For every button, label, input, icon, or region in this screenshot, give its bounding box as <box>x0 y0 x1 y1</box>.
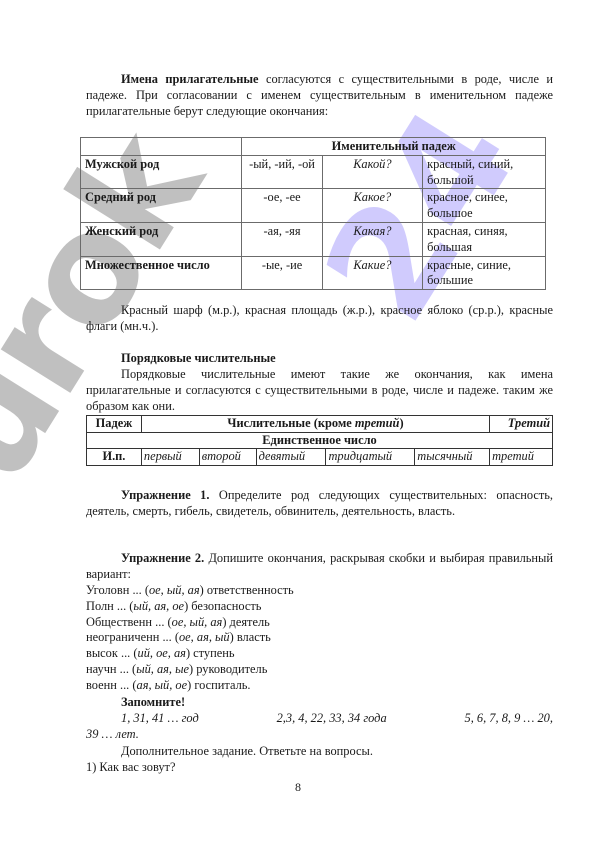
exercise-item: военн ... (ая, ый, ое) госпиталь. <box>86 678 553 694</box>
exercise-1-label: Упражнение 1. <box>121 488 209 502</box>
question-cell: Какая? <box>322 222 423 256</box>
item-noun: ) власть <box>230 630 271 644</box>
examples-cell: красные, синие, большие <box>423 256 546 290</box>
col-case-header: Падеж <box>87 416 142 433</box>
table-row: Средний род -ое, -ее Какое? красное, син… <box>81 189 546 223</box>
numeral-cell: первый <box>141 449 199 466</box>
subheader-singular: Единственное число <box>87 432 553 449</box>
item-stem: военн ... ( <box>86 678 137 692</box>
gender-cell: Средний род <box>81 189 242 223</box>
question-1: 1) Как вас зовут? <box>86 760 553 776</box>
ordinals-heading: Порядковые числительные <box>86 351 553 367</box>
item-noun: ) деятель <box>222 615 269 629</box>
col-main-header: Числительные (кроме третий) <box>141 416 489 433</box>
col-main-suffix: ) <box>399 416 403 430</box>
item-options: ое, ая, ый <box>179 630 230 644</box>
item-options: ое, ый, ая <box>172 615 223 629</box>
exercise-2: Упражнение 2. Допишите окончания, раскры… <box>86 551 553 583</box>
empty-header-cell <box>81 138 242 156</box>
item-noun: ) госпиталь. <box>187 678 250 692</box>
exercise-2-list: Уголовн ... (ое, ый, ая) ответственность… <box>86 583 553 694</box>
table-row: И.п. первый второй девятый тридцатый тыс… <box>87 449 553 466</box>
remember-col-3: 5, 6, 7, 8, 9 … 20, <box>465 711 553 727</box>
remember-col-2: 2,3, 4, 22, 33, 34 года <box>277 711 387 727</box>
exercise-2-label: Упражнение 2. <box>121 551 204 565</box>
item-stem: неограниченн ... ( <box>86 630 179 644</box>
document-page: urok 24 Имена прилагательные согласуются… <box>0 0 596 842</box>
item-stem: Полн ... ( <box>86 599 133 613</box>
item-options: ое, ый, ая <box>149 583 200 597</box>
endings-cell: -ые, -ие <box>242 256 322 290</box>
exercise-item: неограниченн ... (ое, ая, ый) власть <box>86 630 553 646</box>
item-noun: ) ответственность <box>200 583 294 597</box>
exercise-item: научн ... (ый, ая, ые) руководитель <box>86 662 553 678</box>
item-stem: Общественн ... ( <box>86 615 172 629</box>
adjective-endings-table: Именительный падеж Мужской род -ый, -ий,… <box>80 137 546 290</box>
endings-cell: -ый, -ий, -ой <box>242 155 322 189</box>
remember-heading: Запомните! <box>86 695 553 711</box>
numeral-cell: третий <box>490 449 553 466</box>
numerals-table: Падеж Числительные (кроме третий) Третий… <box>86 415 553 466</box>
table-row: Мужской род -ый, -ий, -ой Какой? красный… <box>81 155 546 189</box>
endings-cell: -ое, -ее <box>242 189 322 223</box>
item-options: ая, ый, ое <box>137 678 188 692</box>
col-main-italic: третий <box>355 416 400 430</box>
remember-continuation: 39 … лет. <box>86 727 553 743</box>
exercise-item: высок ... (ий, ое, ая) ступень <box>86 646 553 662</box>
exercise-item: Уголовн ... (ое, ый, ая) ответственность <box>86 583 553 599</box>
extra-task: Дополнительное задание. Ответьте на вопр… <box>86 744 553 760</box>
item-options: ий, ое, ая <box>138 646 186 660</box>
item-noun: ) руководитель <box>189 662 267 676</box>
intro-paragraph: Имена прилагательные согласуются с сущес… <box>86 72 553 119</box>
examples-cell: красная, синяя, большая <box>423 222 546 256</box>
endings-cell: -ая, -яя <box>242 222 322 256</box>
col-main-prefix: Числительные (кроме <box>227 416 354 430</box>
intro-term: Имена прилагательные <box>121 72 259 86</box>
numeral-cell: девятый <box>256 449 326 466</box>
item-noun: ) ступень <box>186 646 235 660</box>
numeral-cell: второй <box>199 449 256 466</box>
row-case-cell: И.п. <box>87 449 142 466</box>
examples-paragraph: Красный шарф (м.р.), красная площадь (ж.… <box>86 303 553 335</box>
table-row: Женский род -ая, -яя Какая? красная, син… <box>81 222 546 256</box>
exercise-item: Полн ... (ый, ая, ое) безопасность <box>86 599 553 615</box>
gender-cell: Мужской род <box>81 155 242 189</box>
item-options: ый, ая, ое <box>133 599 184 613</box>
item-stem: высок ... ( <box>86 646 138 660</box>
numeral-cell: тридцатый <box>326 449 415 466</box>
exercise-1: Упражнение 1. Определите род следующих с… <box>86 488 553 520</box>
table-header-nominative: Именительный падеж <box>242 138 546 156</box>
item-options: ый, ая, ые <box>136 662 189 676</box>
ordinals-paragraph: Порядковые числительные имеют такие же о… <box>86 367 553 414</box>
question-cell: Какое? <box>322 189 423 223</box>
item-stem: научн ... ( <box>86 662 136 676</box>
question-cell: Какие? <box>322 256 423 290</box>
item-stem: Уголовн ... ( <box>86 583 149 597</box>
examples-cell: красное, синее, большое <box>423 189 546 223</box>
remember-numbers: 1, 31, 41 … год 2,3, 4, 22, 33, 34 года … <box>86 711 553 727</box>
remember-col-1: 1, 31, 41 … год <box>121 711 199 727</box>
numeral-cell: тысячный <box>415 449 490 466</box>
col-third-header: Третий <box>490 416 553 433</box>
item-noun: ) безопасность <box>184 599 261 613</box>
table-row: Множественное число -ые, -ие Какие? крас… <box>81 256 546 290</box>
exercise-item: Общественн ... (ое, ый, ая) деятель <box>86 615 553 631</box>
question-cell: Какой? <box>322 155 423 189</box>
gender-cell: Женский род <box>81 222 242 256</box>
gender-cell: Множественное число <box>81 256 242 290</box>
page-number: 8 <box>0 780 596 796</box>
examples-cell: красный, синий, большой <box>423 155 546 189</box>
